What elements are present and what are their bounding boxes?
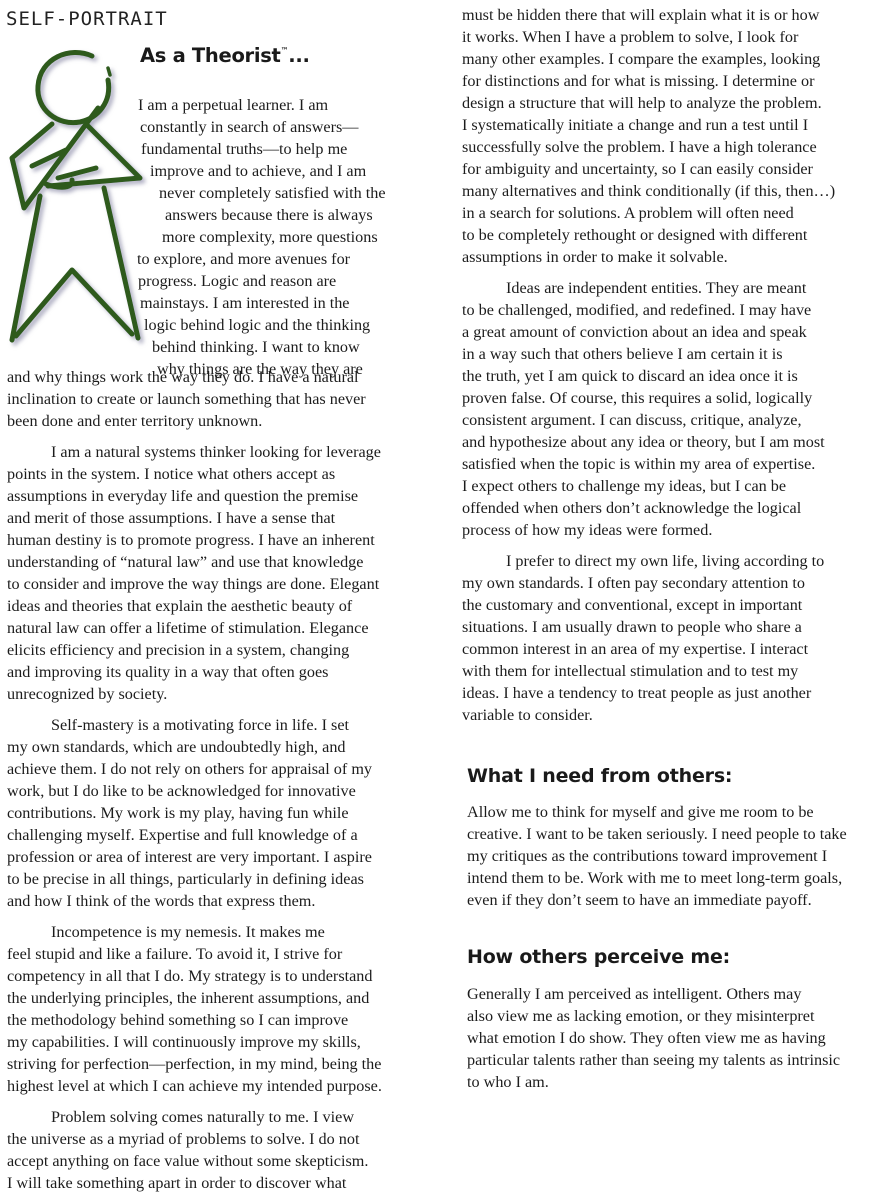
page-title: As a Theorist™... [140, 44, 310, 67]
paragraph: I am a natural systems thinker looking f… [7, 441, 447, 705]
text-line: Self-mastery is a motivating force in li… [7, 714, 447, 736]
text-line: and how I think of the words that expres… [7, 890, 447, 912]
text-line: many alternatives and think conditionall… [462, 180, 894, 202]
text-line: intend them to be. Work with me to meet … [467, 867, 895, 889]
text-line: must be hidden there that will explain w… [462, 4, 894, 26]
text-line: feel stupid and like a failure. To avoid… [7, 943, 447, 965]
text-line: mainstays. I am interested in the [140, 292, 349, 314]
text-line: constantly in search of answers— [140, 116, 358, 138]
text-line: I will take something apart in order to … [7, 1172, 447, 1194]
text-line: in a search for solutions. A problem wil… [462, 202, 894, 224]
text-line: even if they don’t seem to have an immed… [467, 889, 895, 911]
text-line: ideas and theories that explain the aest… [7, 595, 447, 617]
paragraph: must be hidden there that will explain w… [462, 4, 894, 268]
needs-body: Allow me to think for myself and give me… [467, 801, 895, 911]
text-line: the methodology behind something so I ca… [7, 1009, 447, 1031]
left-column: and why things work the way they do. I h… [7, 366, 447, 1194]
paragraph: Problem solving comes naturally to me. I… [7, 1106, 447, 1194]
text-line: for distinctions and for what is missing… [462, 70, 894, 92]
page-label: SELF-PORTRAIT [6, 8, 168, 30]
text-line: assumptions in everyday life and questio… [7, 485, 447, 507]
text-line: challenging myself. Expertise and full k… [7, 824, 447, 846]
text-line: never completely satisfied with the [159, 182, 386, 204]
text-line: I am a perpetual learner. I am [138, 94, 328, 116]
thinking-figure-icon [0, 48, 150, 358]
text-line: contributions. My work is my play, havin… [7, 802, 447, 824]
text-line: proven false. Of course, this requires a… [462, 387, 894, 409]
paragraph: Self-mastery is a motivating force in li… [7, 714, 447, 912]
paragraph-gap [7, 912, 447, 921]
right-column: must be hidden there that will explain w… [462, 4, 894, 726]
text-line: situations. I am usually drawn to people… [462, 616, 894, 638]
text-line: it works. When I have a problem to solve… [462, 26, 894, 48]
paragraph: I prefer to direct my own life, living a… [462, 550, 894, 726]
text-line: my own standards, which are undoubtedly … [7, 736, 447, 758]
text-line: consistent argument. I can discuss, crit… [462, 409, 894, 431]
text-line: unrecognized by society. [7, 683, 447, 705]
text-line: striving for perfection—perfection, in m… [7, 1053, 447, 1075]
text-line: competency in all that I do. My strategy… [7, 965, 447, 987]
text-line: successfully solve the problem. I have a… [462, 136, 894, 158]
text-line: improve and to achieve, and I am [150, 160, 366, 182]
paragraph-gap [7, 432, 447, 441]
paragraph: and why things work the way they do. I h… [7, 366, 447, 432]
text-line: to who I am. [467, 1071, 895, 1093]
title-text: As a Theorist [140, 44, 281, 67]
paragraph: Ideas are independent entities. They are… [462, 277, 894, 541]
text-line: creative. I want to be taken seriously. … [467, 823, 895, 845]
text-line: inclination to create or launch somethin… [7, 388, 447, 410]
text-line: achieve them. I do not rely on others fo… [7, 758, 447, 780]
text-line: my own standards. I often pay secondary … [462, 572, 894, 594]
needs-heading: What I need from others: [467, 765, 732, 787]
text-line: highest level at which I can achieve my … [7, 1075, 447, 1097]
text-line: many other examples. I compare the examp… [462, 48, 894, 70]
text-line: human destiny is to promote progress. I … [7, 529, 447, 551]
text-line: particular talents rather than seeing my… [467, 1049, 895, 1071]
text-line: natural law can offer a lifetime of stim… [7, 617, 447, 639]
text-line: logic behind logic and the thinking [144, 314, 370, 336]
text-line: a great amount of conviction about an id… [462, 321, 894, 343]
text-line: and why things work the way they do. I h… [7, 366, 447, 388]
text-line: offended when others don’t acknowledge t… [462, 497, 894, 519]
text-line: the customary and conventional, except i… [462, 594, 894, 616]
text-line: answers because there is always [165, 204, 373, 226]
text-line: profession or area of interest are very … [7, 846, 447, 868]
text-line: Allow me to think for myself and give me… [467, 801, 895, 823]
text-line: Incompetence is my nemesis. It makes me [7, 921, 447, 943]
text-line: and hypothesize about any idea or theory… [462, 431, 894, 453]
text-line: Ideas are independent entities. They are… [462, 277, 894, 299]
text-line: also view me as lacking emotion, or they… [467, 1005, 895, 1027]
text-line: I systematically initiate a change and r… [462, 114, 894, 136]
text-line: my capabilities. I will continuously imp… [7, 1031, 447, 1053]
text-line: what emotion I do show. They often view … [467, 1027, 895, 1049]
text-line: been done and enter territory unknown. [7, 410, 447, 432]
text-line: to be completely rethought or designed w… [462, 224, 894, 246]
text-line: understanding of “natural law” and use t… [7, 551, 447, 573]
text-line: Generally I am perceived as intelligent.… [467, 983, 895, 1005]
text-line: work, but I do like to be acknowledged f… [7, 780, 447, 802]
text-line: design a structure that will help to ana… [462, 92, 894, 114]
text-line: behind thinking. I want to know [152, 336, 360, 358]
text-line: the universe as a myriad of problems to … [7, 1128, 447, 1150]
perception-body: Generally I am perceived as intelligent.… [467, 983, 895, 1093]
paragraph-gap [462, 541, 894, 550]
text-line: I am a natural systems thinker looking f… [7, 441, 447, 463]
paragraph: Incompetence is my nemesis. It makes mef… [7, 921, 447, 1097]
text-line: in a way such that others believe I am c… [462, 343, 894, 365]
text-line: my critiques as the contributions toward… [467, 845, 895, 867]
text-line: points in the system. I notice what othe… [7, 463, 447, 485]
paragraph-gap [7, 1097, 447, 1106]
paragraph-gap [462, 268, 894, 277]
text-line: fundamental truths—to help me [141, 138, 347, 160]
text-line: assumptions in order to make it solvable… [462, 246, 894, 268]
text-line: to consider and improve the way things a… [7, 573, 447, 595]
text-line: Problem solving comes naturally to me. I… [7, 1106, 447, 1128]
text-line: and improving its quality in a way that … [7, 661, 447, 683]
text-line: to explore, and more avenues for [137, 248, 350, 270]
text-line: progress. Logic and reason are [138, 270, 336, 292]
text-line: variable to consider. [462, 704, 894, 726]
text-line: for ambiguity and uncertainty, so I can … [462, 158, 894, 180]
text-line: I prefer to direct my own life, living a… [462, 550, 894, 572]
text-line: satisfied when the topic is within my ar… [462, 453, 894, 475]
text-line: elicits efficiency and precision in a sy… [7, 639, 447, 661]
text-line: with them for intellectual stimulation a… [462, 660, 894, 682]
text-line: I expect others to challenge my ideas, b… [462, 475, 894, 497]
text-line: and merit of those assumptions. I have a… [7, 507, 447, 529]
text-line: ideas. I have a tendency to treat people… [462, 682, 894, 704]
text-line: the underlying principles, the inherent … [7, 987, 447, 1009]
text-line: accept anything on face value without so… [7, 1150, 447, 1172]
text-line: more complexity, more questions [162, 226, 378, 248]
text-line: to be challenged, modified, and redefine… [462, 299, 894, 321]
text-line: process of how my ideas were formed. [462, 519, 894, 541]
text-line: to be precise in all things, particularl… [7, 868, 447, 890]
paragraph-gap [7, 705, 447, 714]
perception-heading: How others perceive me: [467, 946, 730, 968]
text-line: common interest in an area of my experti… [462, 638, 894, 660]
title-ellipsis: ... [288, 44, 309, 67]
text-line: the truth, yet I am quick to discard an … [462, 365, 894, 387]
